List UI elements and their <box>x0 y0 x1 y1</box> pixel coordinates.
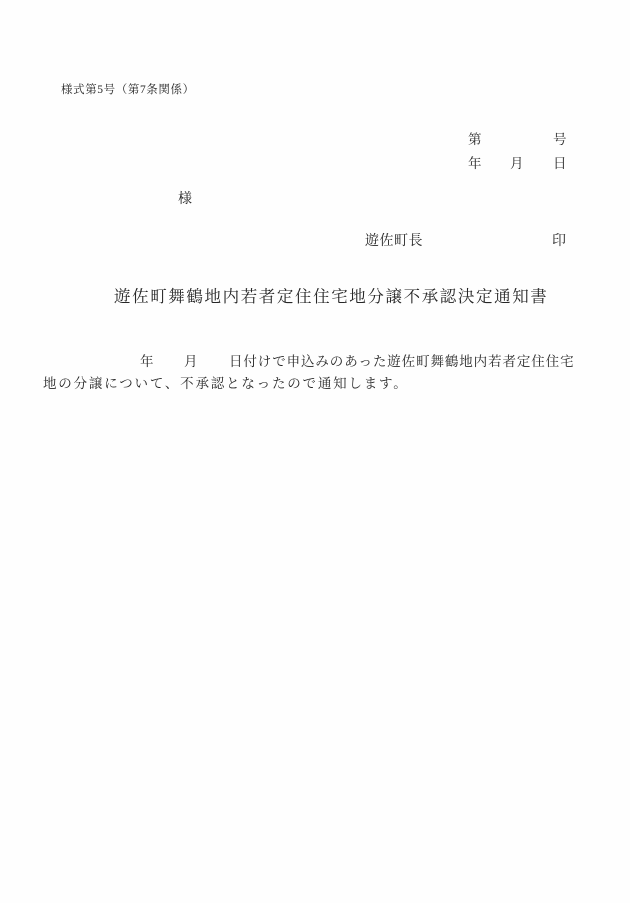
body-text-line1: 日付けで申込みのあった遊佐町舞鶴地内若者定住住宅 <box>229 354 574 370</box>
form-number-label: 様式第5号（第7条関係） <box>61 84 195 98</box>
date-year-label: 年 <box>468 156 482 172</box>
body-month-label: 月 <box>184 354 198 370</box>
sender-seal-mark: 印 <box>552 234 566 251</box>
date-month-label: 月 <box>510 156 524 172</box>
sender-title: 遊佐町長 <box>365 234 423 251</box>
document-title: 遊佐町舞鶴地内若者定住住宅地分譲不承認決定通知書 <box>114 287 548 307</box>
body-text-line2: 地の分譲について、不承認となったので通知します。 <box>43 376 409 392</box>
addressee-honorific: 様 <box>178 192 192 209</box>
document-number-suffix: 号 <box>553 132 567 148</box>
document-page: 様式第5号（第7条関係） 第 号 年 月 日 様 遊佐町長 印 遊佐町舞鶴地内若… <box>0 0 630 903</box>
date-day-label: 日 <box>553 156 567 172</box>
document-number-prefix: 第 <box>468 132 482 148</box>
body-year-label: 年 <box>140 354 154 370</box>
